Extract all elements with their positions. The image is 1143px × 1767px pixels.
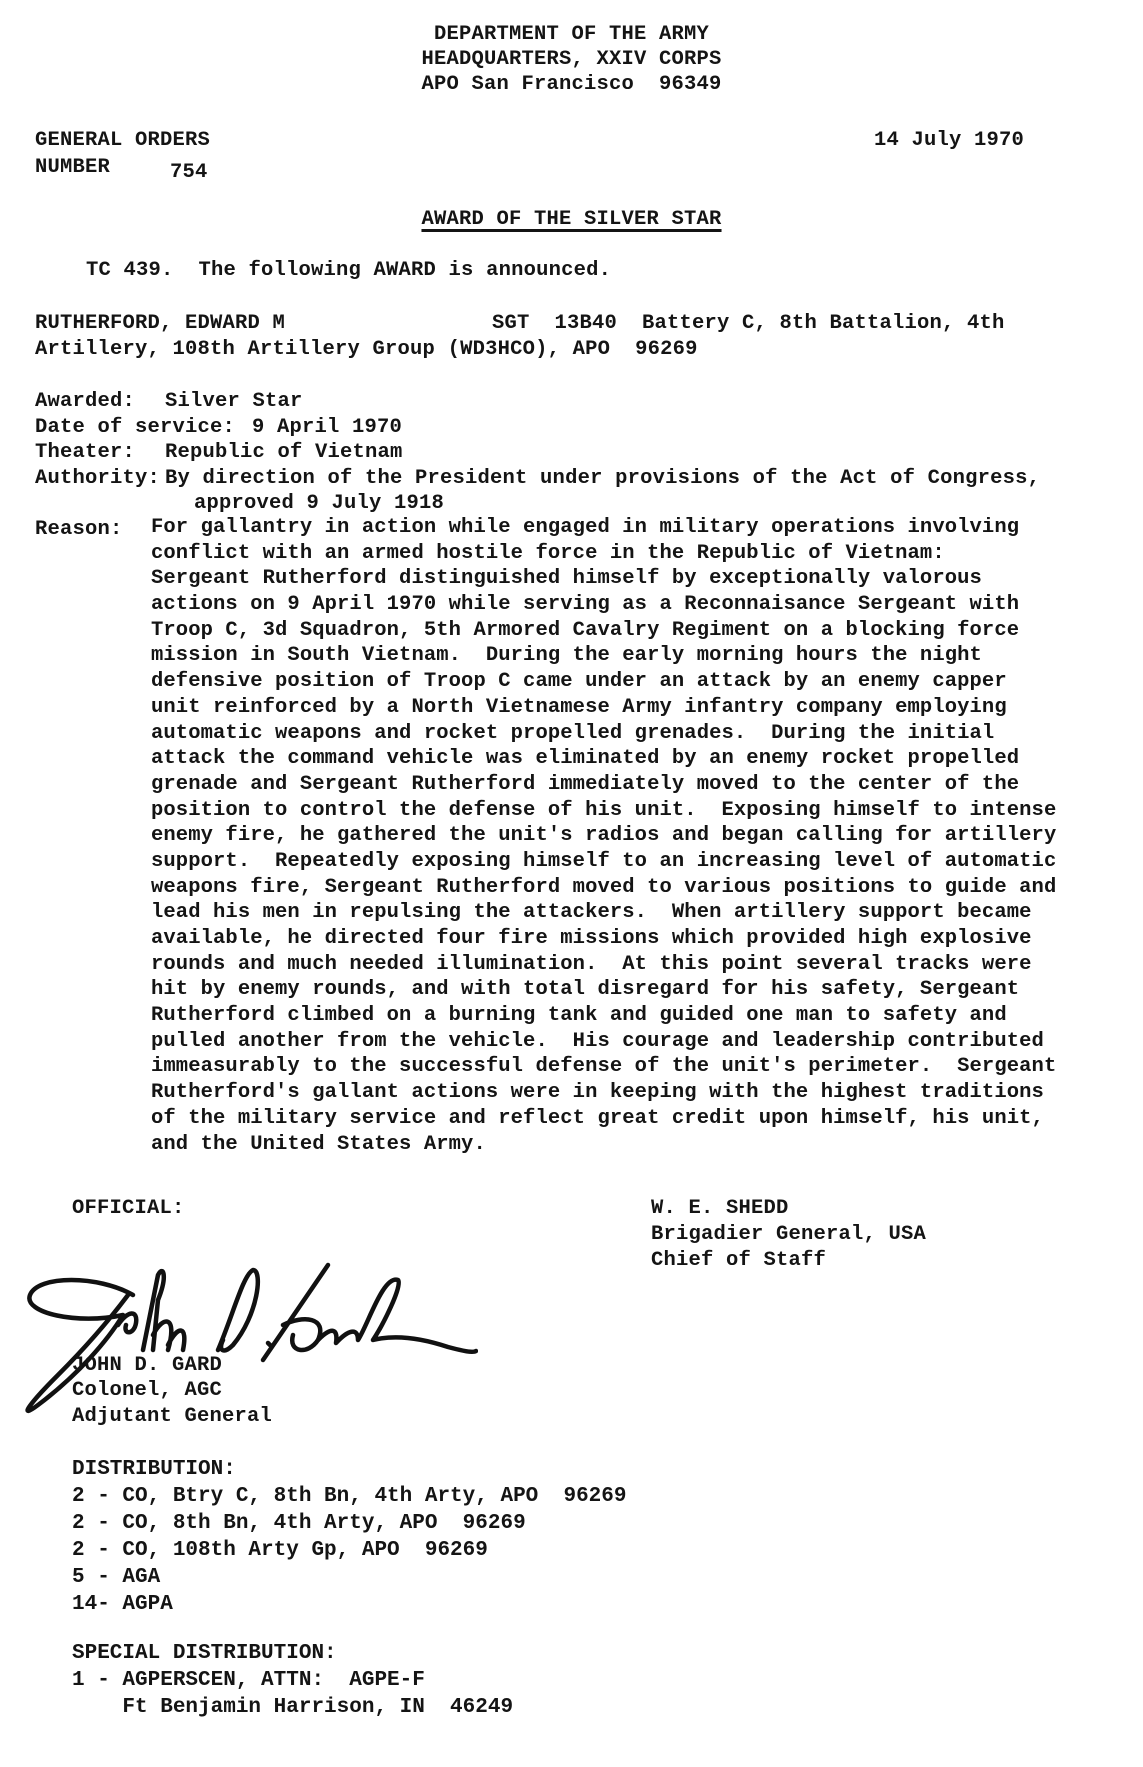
reason-label: Reason: <box>35 517 123 543</box>
general-orders-label: GENERAL ORDERS <box>35 128 210 154</box>
commander-name: W. E. SHEDD <box>651 1196 789 1222</box>
document-title: AWARD OF THE SILVER STAR <box>0 207 1143 233</box>
signer-name: JOHN D. GARD <box>72 1353 222 1379</box>
reason-line: attack the command vehicle was eliminate… <box>151 746 1111 772</box>
theater-value: Republic of Vietnam <box>165 440 403 466</box>
official-label: OFFICIAL: <box>72 1196 185 1222</box>
date-of-service-label: Date of service: <box>35 415 235 441</box>
number-label: NUMBER <box>35 155 110 181</box>
distribution-list: DISTRIBUTION: 2 - CO, Btry C, 8th Bn, 4t… <box>72 1456 627 1618</box>
special-distribution-item: Ft Benjamin Harrison, IN 46249 <box>72 1694 513 1721</box>
distribution-item: 5 - AGA <box>72 1564 627 1591</box>
reason-line: immeasurably to the successful defense o… <box>151 1054 1111 1080</box>
reason-line: conflict with an armed hostile force in … <box>151 541 1111 567</box>
special-distribution-list: SPECIAL DISTRIBUTION: 1 - AGPERSCEN, ATT… <box>72 1640 513 1721</box>
order-date: 14 July 1970 <box>874 128 1024 154</box>
order-number: 754 <box>170 160 208 186</box>
signer-role: Adjutant General <box>72 1404 272 1430</box>
reason-line: lead his men in repulsing the attackers.… <box>151 900 1111 926</box>
recipient-name: RUTHERFORD, EDWARD M <box>35 311 285 337</box>
distribution-item: 2 - CO, 108th Arty Gp, APO 96269 <box>72 1537 627 1564</box>
letterhead-headquarters: HEADQUARTERS, XXIV CORPS <box>0 47 1143 73</box>
reason-line: enemy fire, he gathered the unit's radio… <box>151 823 1111 849</box>
reason-line: position to control the defense of his u… <box>151 798 1111 824</box>
recipient-rank-mos: SGT 13B40 <box>492 311 617 337</box>
reason-line: grenade and Sergeant Rutherford immediat… <box>151 772 1111 798</box>
awarded-label: Awarded: <box>35 389 135 415</box>
reason-line: pulled another from the vehicle. His cou… <box>151 1029 1111 1055</box>
recipient-unit-line2: Artillery, 108th Artillery Group (WD3HCO… <box>35 337 698 363</box>
reason-line: Rutherford's gallant actions were in kee… <box>151 1080 1111 1106</box>
commander-title: Brigadier General, USA <box>651 1222 926 1248</box>
reason-line: available, he directed four fire mission… <box>151 926 1111 952</box>
date-of-service-value: 9 April 1970 <box>252 415 402 441</box>
reason-line: hit by enemy rounds, and with total disr… <box>151 977 1111 1003</box>
reason-line: Sergeant Rutherford distinguished himsel… <box>151 566 1111 592</box>
reason-line: Rutherford climbed on a burning tank and… <box>151 1003 1111 1029</box>
letterhead-department: DEPARTMENT OF THE ARMY <box>0 22 1143 48</box>
reason-line: and the United States Army. <box>151 1132 1111 1158</box>
reason-line: unit reinforced by a North Vietnamese Ar… <box>151 695 1111 721</box>
commander-role: Chief of Staff <box>651 1248 826 1274</box>
special-distribution-label: SPECIAL DISTRIBUTION: <box>72 1640 513 1667</box>
reason-line: rounds and much needed illumination. At … <box>151 952 1111 978</box>
recipient-unit-line1: Battery C, 8th Battalion, 4th <box>642 311 1005 337</box>
special-distribution-item: 1 - AGPERSCEN, ATTN: AGPE-F <box>72 1667 513 1694</box>
authority-line2: approved 9 July 1918 <box>194 491 444 517</box>
distribution-item: 2 - CO, Btry C, 8th Bn, 4th Arty, APO 96… <box>72 1483 627 1510</box>
letterhead-address: APO San Francisco 96349 <box>0 72 1143 98</box>
announcement: TC 439. The following AWARD is announced… <box>86 258 611 284</box>
reason-line: actions on 9 April 1970 while serving as… <box>151 592 1111 618</box>
reason-line: support. Repeatedly exposing himself to … <box>151 849 1111 875</box>
reason-line: weapons fire, Sergeant Rutherford moved … <box>151 875 1111 901</box>
reason-line: mission in South Vietnam. During the ear… <box>151 643 1111 669</box>
reason-line: For gallantry in action while engaged in… <box>151 515 1111 541</box>
awarded-value: Silver Star <box>165 389 303 415</box>
reason-line: automatic weapons and rocket propelled g… <box>151 721 1111 747</box>
distribution-item: 2 - CO, 8th Bn, 4th Arty, APO 96269 <box>72 1510 627 1537</box>
distribution-item: 14- AGPA <box>72 1591 627 1618</box>
signer-rank: Colonel, AGC <box>72 1378 222 1404</box>
theater-label: Theater: <box>35 440 135 466</box>
authority-line1: By direction of the President under prov… <box>165 466 1040 492</box>
reason-line: defensive position of Troop C came under… <box>151 669 1111 695</box>
reason-line: Troop C, 3d Squadron, 5th Armored Cavalr… <box>151 618 1111 644</box>
reason-line: of the military service and reflect grea… <box>151 1106 1111 1132</box>
authority-label: Authority: <box>35 466 160 492</box>
distribution-label: DISTRIBUTION: <box>72 1456 627 1483</box>
reason-body: For gallantry in action while engaged in… <box>151 515 1111 1157</box>
